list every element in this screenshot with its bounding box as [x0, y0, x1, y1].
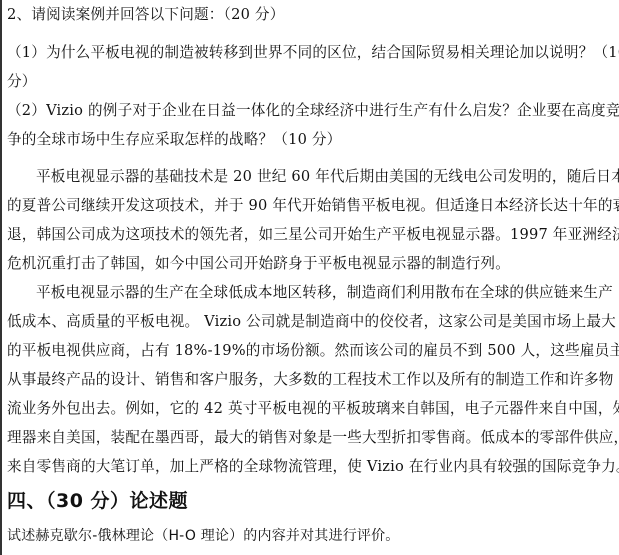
- sub-question-2-line-1: （2）Vizio 的例子对于企业在日益一体化的全球经济中进行生产有什么启发？企业…: [7, 102, 619, 120]
- section-4-heading: 四、（30 分）论述题: [7, 490, 188, 512]
- case-para-2-line-2: 低成本、高质量的平板电视。 Vizio 公司就是制造商中的佼佼者，这家公司是美国…: [7, 313, 616, 331]
- sub-question-1-line-1: （1）为什么平板电视的制造被转移到世界不同的区位，结合国际贸易相关理论加以说明？…: [7, 44, 619, 62]
- section-4-question: 试述赫克歇尔-俄林理论（H-O 理论）的内容并对其进行评价。: [7, 527, 400, 545]
- question-2-title: 2、请阅读案例并回答以下问题：（20 分）: [7, 6, 285, 24]
- case-para-2-line-4: 从事最终产品的设计、销售和客户服务，大多数的工程技术工作以及所有的制造工作和许多…: [7, 371, 614, 389]
- case-para-1-line-1: 平板电视显示器的基础技术是 20 世纪 60 年代后期由美国的无线电公司发明的，…: [36, 168, 619, 186]
- case-para-2-line-5: 流业务外包出去。例如，它的 42 英寸平板电视的平板玻璃来自韩国，电子元器件来自…: [7, 400, 619, 418]
- sub-question-1-line-2: 分）: [7, 73, 37, 91]
- case-para-2-line-1: 平板电视显示器的生产在全球低成本地区转移，制造商们利用散布在全球的供应链来生产: [36, 284, 613, 302]
- case-para-1-line-4: 危机沉重打击了韩国，如今中国公司开始跻身于平板电视显示器的制造行列。: [7, 255, 510, 273]
- case-para-1-line-3: 退，韩国公司成为这项技术的领先者，如三星公司开始生产平板电视显示器。1997 年…: [7, 226, 619, 244]
- case-para-2-line-6: 理器来自美国，装配在墨西哥，最大的销售对象是一些大型折扣零售商。低成本的零部件供…: [7, 429, 619, 447]
- case-para-2-line-3: 的平板电视供应商，占有 18%-19%的市场份额。然而该公司的雇员不到 500 …: [7, 342, 619, 360]
- case-para-2-line-7: 来自零售商的大笔订单，加上严格的全球物流管理，使 Vizio 在行业内具有较强的…: [7, 458, 619, 476]
- page-left-border: [0, 0, 2, 555]
- case-para-1-line-2: 的夏普公司继续开发这项技术，并于 90 年代开始销售平板电视。但适逢日本经济长达…: [7, 197, 619, 215]
- sub-question-2-line-2: 争的全球市场中生存应采取怎样的战略？（10 分）: [7, 131, 341, 149]
